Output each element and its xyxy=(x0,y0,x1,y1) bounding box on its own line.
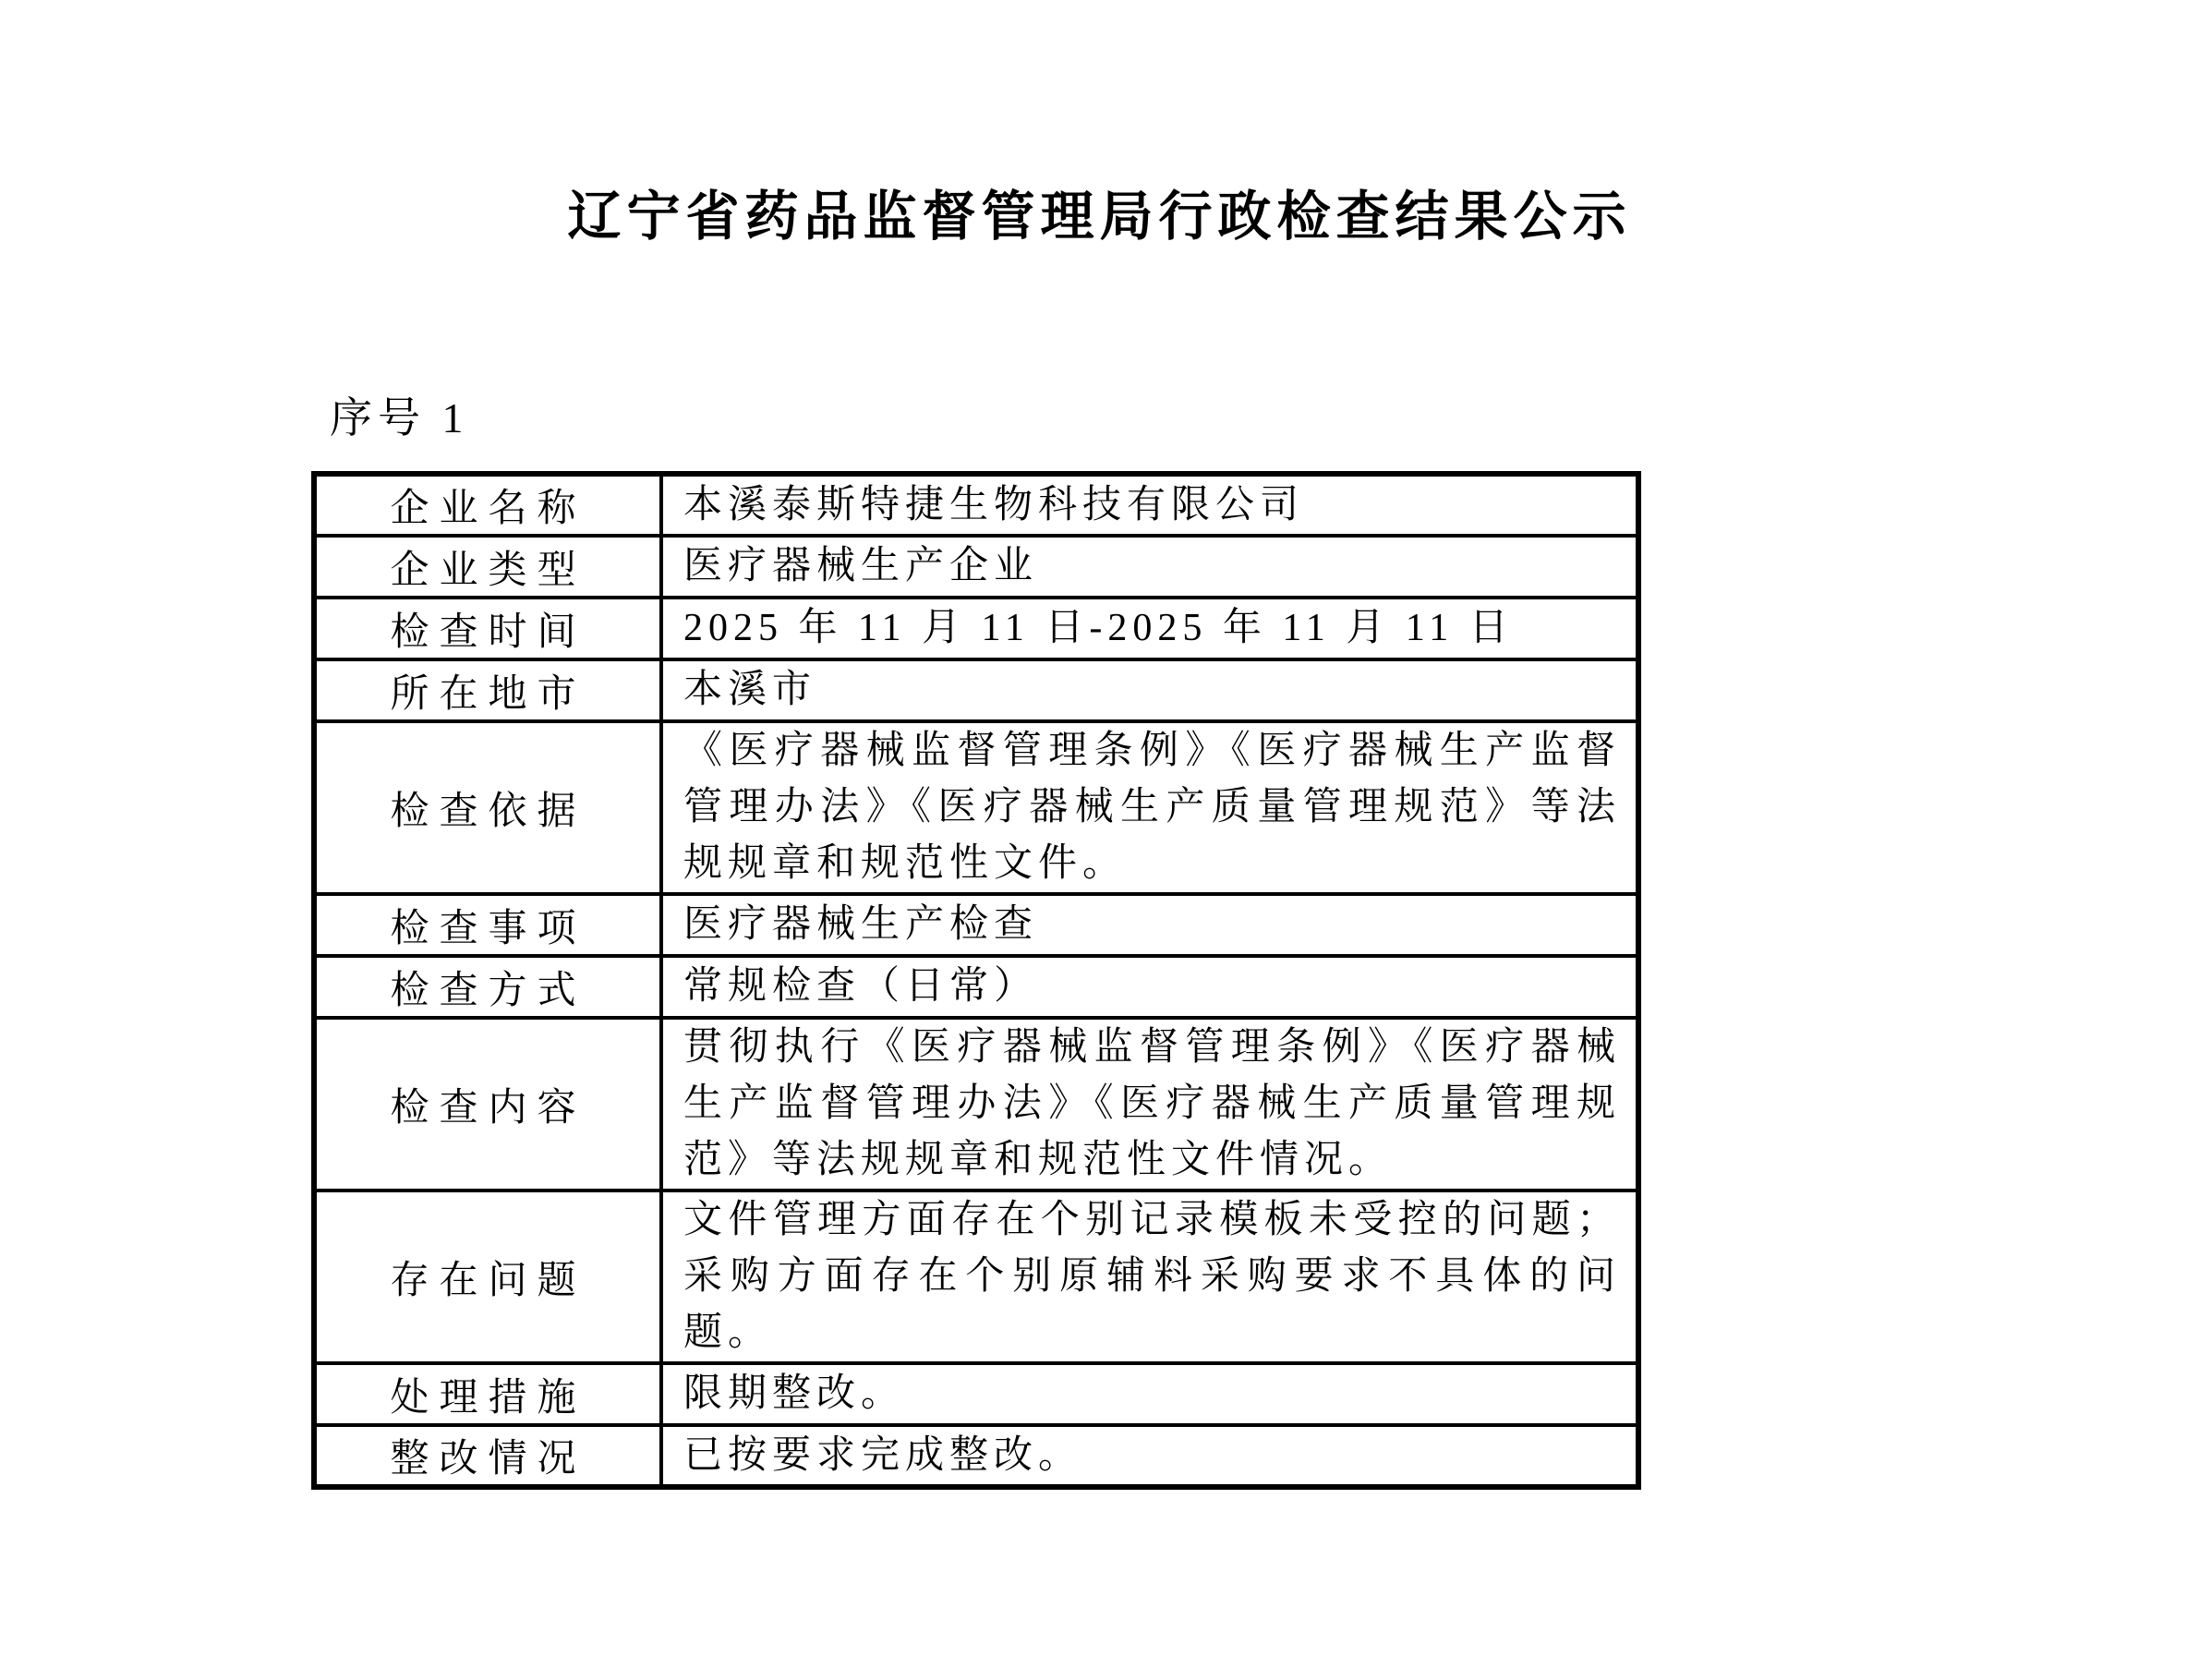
row-value: 文件管理方面存在个别记录模板未受控的问题；采购方面存在个别原辅料采购要求不具体的… xyxy=(661,1191,1638,1363)
row-label: 整改情况 xyxy=(314,1425,661,1487)
table-row: 检查依据 《医疗器械监督管理条例》《医疗器械生产监督管理办法》《医疗器械生产质量… xyxy=(314,721,1638,894)
table-row: 检查时间 2025 年 11 月 11 日-2025 年 11 月 11 日 xyxy=(314,598,1638,659)
row-value: 常规检查（日常） xyxy=(661,956,1638,1018)
table-row: 所在地市 本溪市 xyxy=(314,659,1638,721)
row-label: 处理措施 xyxy=(314,1363,661,1425)
row-value: 本溪市 xyxy=(661,659,1638,721)
table-row: 检查方式 常规检查（日常） xyxy=(314,956,1638,1018)
row-label: 检查依据 xyxy=(314,721,661,894)
document-title: 辽宁省药品监督管理局行政检查结果公示 xyxy=(0,185,2199,249)
row-label: 检查事项 xyxy=(314,894,661,956)
row-value: 医疗器械生产企业 xyxy=(661,536,1638,598)
row-label: 检查时间 xyxy=(314,598,661,659)
row-value: 贯彻执行《医疗器械监督管理条例》《医疗器械生产监督管理办法》《医疗器械生产质量管… xyxy=(661,1018,1638,1191)
row-label: 所在地市 xyxy=(314,659,661,721)
row-label: 存在问题 xyxy=(314,1191,661,1363)
table-row: 存在问题 文件管理方面存在个别记录模板未受控的问题；采购方面存在个别原辅料采购要… xyxy=(314,1191,1638,1363)
document-page: 辽宁省药品监督管理局行政检查结果公示 序号 1 企业名称 本溪泰斯特捷生物科技有… xyxy=(0,0,2199,1680)
row-label: 企业名称 xyxy=(314,474,661,536)
row-label: 检查内容 xyxy=(314,1018,661,1191)
row-value: 医疗器械生产检查 xyxy=(661,894,1638,956)
table-row: 检查事项 医疗器械生产检查 xyxy=(314,894,1638,956)
row-label: 检查方式 xyxy=(314,956,661,1018)
inspection-result-table: 企业名称 本溪泰斯特捷生物科技有限公司 企业类型 医疗器械生产企业 检查时间 2… xyxy=(311,471,1641,1490)
row-value: 限期整改。 xyxy=(661,1363,1638,1425)
serial-number-heading: 序号 1 xyxy=(330,388,469,449)
row-value: 《医疗器械监督管理条例》《医疗器械生产监督管理办法》《医疗器械生产质量管理规范》… xyxy=(661,721,1638,894)
row-value: 已按要求完成整改。 xyxy=(661,1425,1638,1487)
row-value: 2025 年 11 月 11 日-2025 年 11 月 11 日 xyxy=(661,598,1638,659)
table-row: 企业类型 医疗器械生产企业 xyxy=(314,536,1638,598)
row-label: 企业类型 xyxy=(314,536,661,598)
row-value: 本溪泰斯特捷生物科技有限公司 xyxy=(661,474,1638,536)
table-row: 企业名称 本溪泰斯特捷生物科技有限公司 xyxy=(314,474,1638,536)
table-row: 检查内容 贯彻执行《医疗器械监督管理条例》《医疗器械生产监督管理办法》《医疗器械… xyxy=(314,1018,1638,1191)
table-row: 处理措施 限期整改。 xyxy=(314,1363,1638,1425)
inspection-table-body: 企业名称 本溪泰斯特捷生物科技有限公司 企业类型 医疗器械生产企业 检查时间 2… xyxy=(314,474,1638,1487)
table-row: 整改情况 已按要求完成整改。 xyxy=(314,1425,1638,1487)
